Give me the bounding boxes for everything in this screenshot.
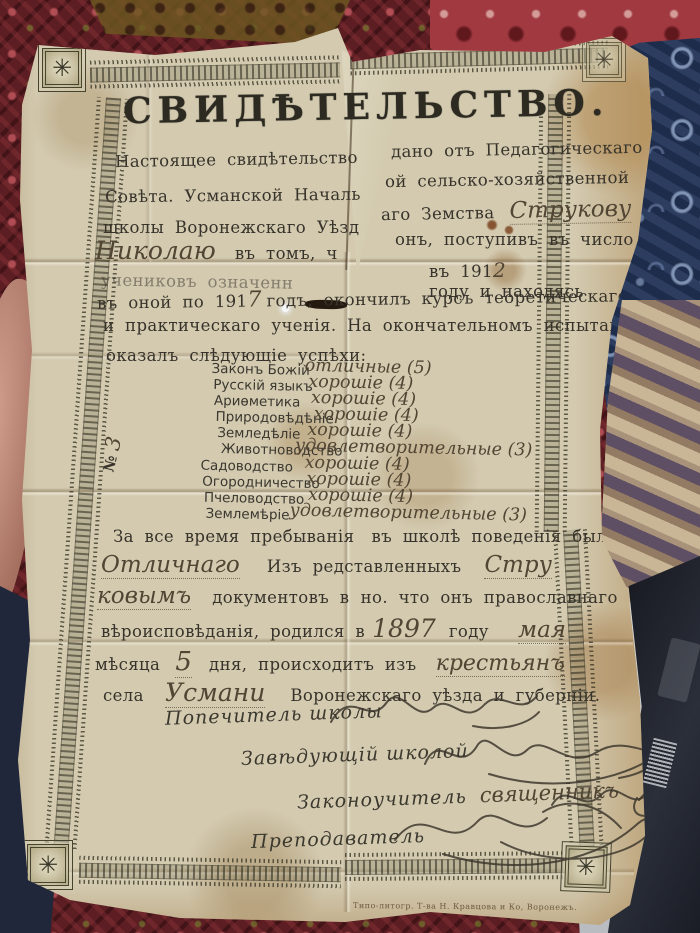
conduct-print: села xyxy=(103,686,144,705)
social-class-hand: крестьянъ xyxy=(436,651,565,677)
subject-label: Землемѣріе xyxy=(205,506,289,524)
intro-print: годъ, окончилъ курсъ теоретическаго xyxy=(266,286,628,310)
certificate-paper: ✳ ✳ ✳ ✳ № 3 СВИДѢТЕЛЬСТВО. дано отъ Педа… xyxy=(5,22,660,930)
ornate-border-top-left xyxy=(90,55,341,88)
intro-line: школы Воронежскаго Уѣзд xyxy=(103,218,359,237)
village-name-hand: Усмани xyxy=(165,678,265,708)
conduct-print: Изъ редставленныхъ xyxy=(267,557,462,576)
birth-year-hand: 1897 xyxy=(372,614,436,643)
intro-line: аго Земства Струкову xyxy=(381,196,632,226)
leave-year-digit: 7 xyxy=(247,287,261,312)
intro-line: и практическаго ученія. На окончательном… xyxy=(103,316,638,335)
intro-line: дано отъ Педагогическаго xyxy=(391,138,643,161)
rosette-star-icon: ✳ xyxy=(52,56,72,80)
conduct-line: мѣсяца 5 дня, происходитъ изъ крестьянъ xyxy=(95,647,565,677)
conduct-line: Отличнаго Изъ редставленныхъ Стру xyxy=(101,552,552,578)
rosette-ornament-top-left: ✳ xyxy=(38,44,86,92)
intro-print: въ 191 xyxy=(429,262,493,281)
conduct-line: ковымъ документовъ в но. что онъ правосл… xyxy=(97,583,618,609)
rosette-star-icon: ✳ xyxy=(38,853,58,877)
rosette-ornament-top-right: ✳ xyxy=(582,38,626,82)
conduct-print: мѣсяца xyxy=(95,655,160,674)
conduct-print: дня, происходитъ изъ xyxy=(209,655,417,674)
printer-imprint: Типо-литогр. Т-ва Н. Кравцова и Ко, Воро… xyxy=(353,901,577,912)
intro-print: въ томъ, ч xyxy=(235,244,338,263)
conduct-print: въ школѣ поведенія былъ xyxy=(372,527,618,546)
conduct-print: За все время пребыванія xyxy=(113,527,354,546)
signature-stroke xyxy=(383,782,665,867)
conduct-print: году xyxy=(449,622,489,641)
conduct-print: документовъ в xyxy=(212,588,349,607)
entry-year-digit: 2 xyxy=(493,258,506,282)
student-name-dative: Струкову xyxy=(509,196,631,225)
certificate-title: СВИДѢТЕЛЬСТВО. xyxy=(123,82,610,132)
intro-print: аго Земства xyxy=(381,203,495,224)
student-first-name: Николаю xyxy=(95,236,216,265)
student-surname-part: ковымъ xyxy=(97,583,191,610)
conduct-line: За все время пребыванія въ школѣ поведен… xyxy=(113,527,618,546)
ornate-border-bottom-left xyxy=(79,856,341,889)
student-surname-part: Стру xyxy=(484,552,551,579)
photo-of-certificate: ✳ ✳ ✳ ✳ № 3 СВИДѢТЕЛЬСТВО. дано отъ Педа… xyxy=(0,0,700,933)
intro-line: онъ, поступивъ въ число xyxy=(395,230,634,249)
rosette-star-icon: ✳ xyxy=(594,48,614,72)
grades-table: Законъ Божій отличные (5) Русскій языкъ … xyxy=(193,358,627,539)
birth-day-hand: 5 xyxy=(175,647,192,678)
conduct-print: но. что онъ православнаго xyxy=(361,588,618,607)
conduct-line: вѣроисповѣданія, родился в 1897 году мая xyxy=(101,614,566,643)
subject-grade: удовлетворительные (3) xyxy=(289,500,527,525)
intro-line: Настоящее свидѣтельство xyxy=(115,148,358,171)
intro-line: ой сельско-хозяйственной xyxy=(385,168,630,191)
intro-line: Совѣта. Усманской Началь xyxy=(105,185,361,207)
number-value: 3 xyxy=(100,434,127,453)
conduct-print: вѣроисповѣданія, родился в xyxy=(101,622,365,641)
intro-line: Николаю въ томъ, ч xyxy=(95,236,338,265)
conduct-grade-hand: Отличнаго xyxy=(101,552,240,579)
intro-print: въ оной по 191 xyxy=(97,292,248,313)
birth-month-hand: мая xyxy=(518,617,566,644)
